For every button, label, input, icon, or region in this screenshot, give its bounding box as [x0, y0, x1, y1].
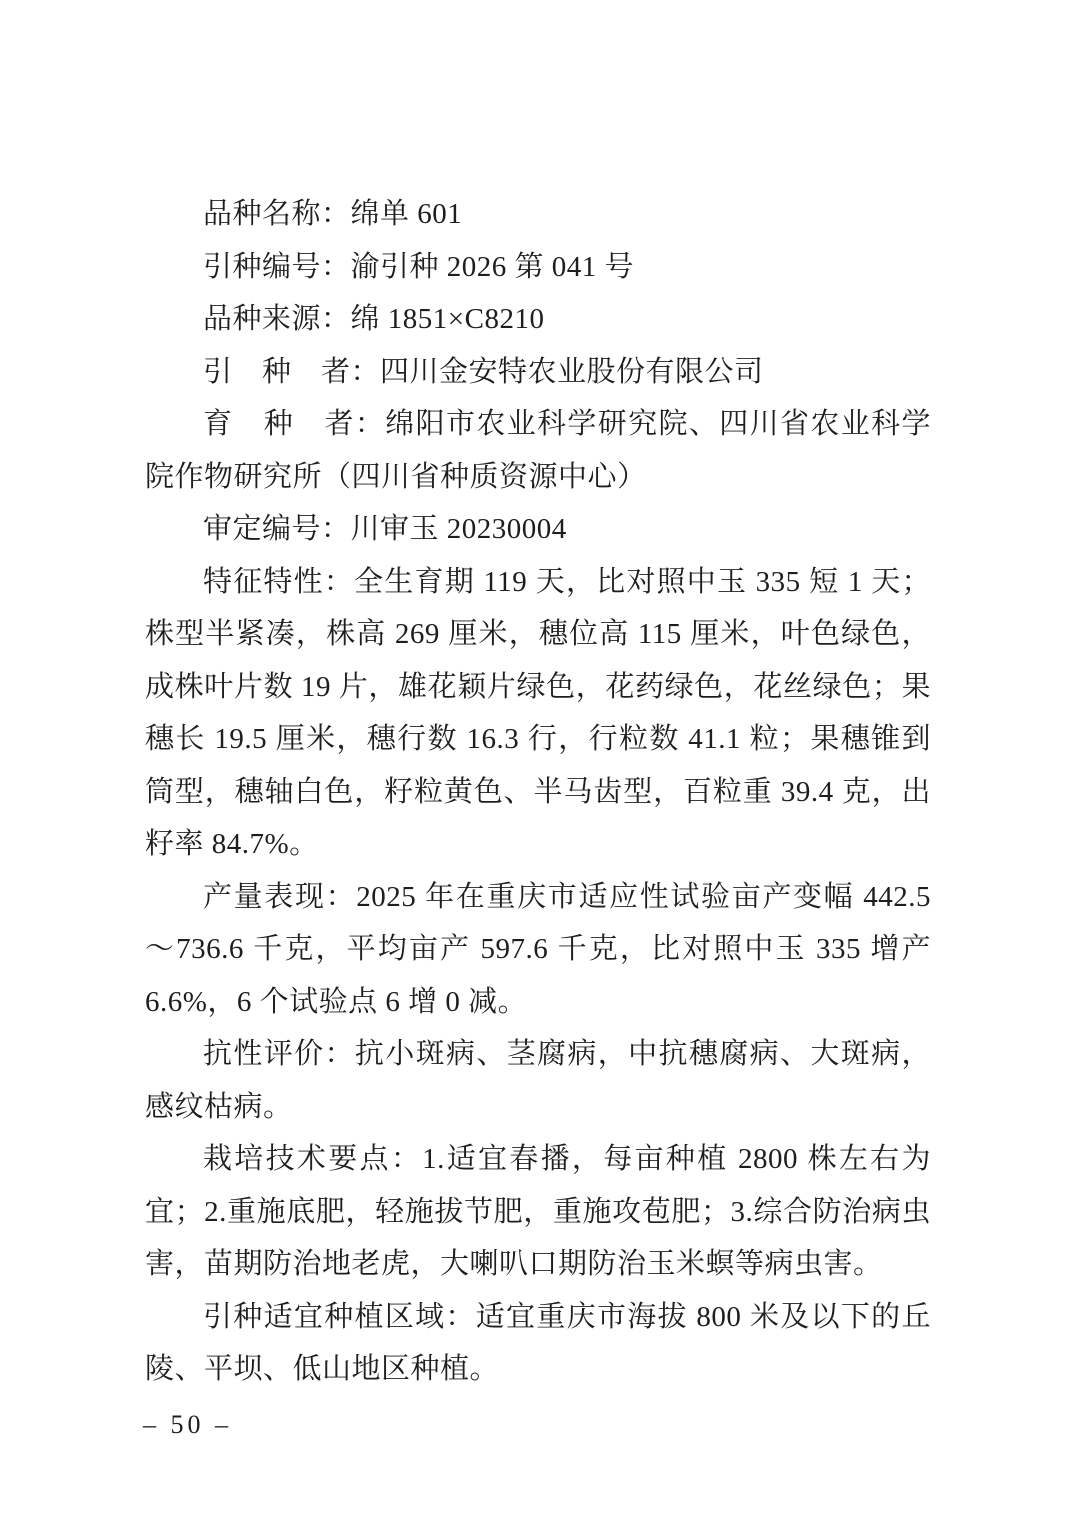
- paragraph-cultivation-techniques: 栽培技术要点：1.适宜春播，每亩种植 2800 株左右为宜；2.重施底肥，轻施拔…: [145, 1133, 931, 1291]
- paragraph-characteristics: 特征特性：全生育期 119 天，比对照中玉 335 短 1 天；株型半紧凑，株高…: [145, 556, 931, 871]
- page-number: – 50 –: [143, 1410, 232, 1440]
- paragraph-variety-name: 品种名称：绵单 601: [145, 188, 931, 241]
- paragraph-introduction-number: 引种编号：渝引种 2026 第 041 号: [145, 241, 931, 294]
- paragraph-introducer: 引 种 者：四川金安特农业股份有限公司: [145, 346, 931, 399]
- paragraph-resistance-evaluation: 抗性评价：抗小斑病、茎腐病，中抗穗腐病、大斑病，感纹枯病。: [145, 1028, 931, 1133]
- paragraph-yield-performance: 产量表现：2025 年在重庆市适应性试验亩产变幅 442.5～736.6 千克，…: [145, 871, 931, 1029]
- document-page: 品种名称：绵单 601 引种编号：渝引种 2026 第 041 号 品种来源：绵…: [0, 0, 1074, 1520]
- paragraph-suitable-regions: 引种适宜种植区域：适宜重庆市海拔 800 米及以下的丘陵、平坝、低山地区种植。: [145, 1291, 931, 1396]
- paragraph-approval-number: 审定编号：川审玉 20230004: [145, 503, 931, 556]
- paragraph-breeder: 育 种 者：绵阳市农业科学研究院、四川省农业科学院作物研究所（四川省种质资源中心…: [145, 398, 931, 503]
- paragraph-variety-source: 品种来源：绵 1851×C8210: [145, 293, 931, 346]
- document-body: 品种名称：绵单 601 引种编号：渝引种 2026 第 041 号 品种来源：绵…: [145, 188, 931, 1396]
